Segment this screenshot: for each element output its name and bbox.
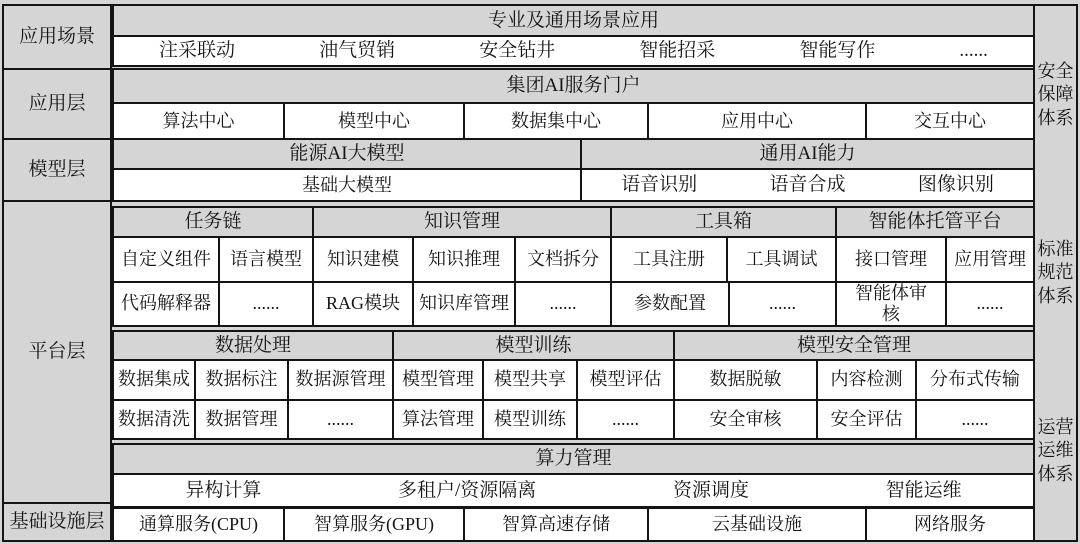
platform-cell: 应用管理 [945, 236, 1035, 283]
platform-cell: 代码解释器 [112, 281, 220, 328]
platform-cell: 数据脱敏 [673, 359, 818, 401]
group-data-processing: 数据处理 数据集成 数据标注 数据源管理 数据清洗 数据管理 ...... [112, 330, 394, 440]
model-layer-row: 能源AI大模型 基础大模型 通用AI能力 语音识别 语音合成 图像识别 [112, 138, 1035, 202]
general-ai-item: 语音识别 [621, 174, 697, 196]
layer-label-model: 模型层 [2, 138, 112, 202]
group-title: 模型训练 [392, 330, 675, 361]
infra-cell: 云基础设施 [647, 507, 867, 542]
compute-item: 智能运维 [886, 480, 962, 502]
platform-cell: 安全审核 [673, 399, 818, 441]
platform-cell: 语言模型 [218, 236, 314, 283]
infra-cell: 智算服务(GPU) [283, 507, 465, 542]
platform-cell: 内容检测 [816, 359, 917, 401]
scene-item: 注采联动 [159, 40, 235, 62]
group-title: 模型安全管理 [673, 330, 1035, 361]
platform-cell: 知识推理 [412, 236, 516, 283]
compute-items-row: 异构计算 多租户/资源隔离 资源调度 智能运维 [112, 473, 1035, 508]
group-task-chain: 任务链 自定义组件 语言模型 代码解释器 ...... [112, 206, 314, 327]
platform-cell: ...... [287, 399, 394, 441]
platform-section-a: 任务链 自定义组件 语言模型 代码解释器 ...... 知识管理 知识建模 知识… [112, 206, 1035, 327]
scene-item-ellipsis: ...... [959, 40, 988, 62]
infrastructure-row: 通算服务(CPU) 智算服务(GPU) 智算高速存储 云基础设施 网络服务 [112, 507, 1035, 542]
main-area: 专业及通用场景应用 注采联动 油气贸销 安全钻井 智能招采 智能写作 .....… [112, 4, 1035, 542]
platform-cell: 模型评估 [576, 359, 675, 401]
layer-label-infrastructure: 基础设施层 [2, 502, 112, 542]
group-title: 智能体托管平台 [835, 206, 1035, 238]
scene-item: 智能写作 [799, 40, 875, 62]
general-ai-group: 通用AI能力 语音识别 语音合成 图像识别 [580, 138, 1035, 202]
platform-cell: 知识建模 [312, 236, 414, 283]
platform-cell: 模型训练 [482, 399, 578, 441]
scene-banner: 专业及通用场景应用 [112, 4, 1035, 37]
general-ai-items: 语音识别 语音合成 图像识别 [580, 168, 1035, 202]
platform-cell: 模型共享 [482, 359, 578, 401]
app-center-cell: 算法中心 [112, 102, 285, 140]
base-model-cell: 基础大模型 [112, 168, 582, 202]
platform-cell: 工具注册 [610, 236, 728, 283]
platform-cell: ...... [728, 281, 837, 328]
platform-cell: ...... [915, 399, 1035, 441]
platform-cell: 模型管理 [392, 359, 484, 401]
platform-cell: 智能体审核 [835, 281, 947, 328]
scene-item: 安全钻井 [479, 40, 555, 62]
general-ai-item: 语音合成 [769, 174, 845, 196]
platform-cell: 数据标注 [194, 359, 289, 401]
app-center-cell: 交互中心 [865, 102, 1035, 140]
system-label-column: 安全保障体系 标准规范体系 运营运维体系 [1033, 4, 1078, 542]
platform-cell: 参数配置 [610, 281, 730, 328]
group-model-safety: 模型安全管理 数据脱敏 内容检测 分布式传输 安全审核 安全评估 ...... [673, 330, 1035, 440]
system-label-security: 安全保障体系 [1036, 60, 1076, 130]
app-center-cell: 数据集中心 [463, 102, 649, 140]
platform-cell: 自定义组件 [112, 236, 220, 283]
system-label-operations: 运营运维体系 [1036, 416, 1076, 486]
compute-item: 多租户/资源隔离 [398, 480, 536, 502]
scene-items-row: 注采联动 油气贸销 安全钻井 智能招采 智能写作 ...... [112, 35, 1035, 67]
group-title: 知识管理 [312, 206, 612, 238]
group-toolbox: 工具箱 工具注册 工具调试 参数配置 ...... [610, 206, 837, 327]
group-title: 工具箱 [610, 206, 837, 238]
group-agent-hosting: 智能体托管平台 接口管理 应用管理 智能体审核 ...... [835, 206, 1035, 327]
platform-cell: ...... [218, 281, 314, 328]
energy-model-group: 能源AI大模型 基础大模型 [112, 138, 582, 202]
platform-cell: 算法管理 [392, 399, 484, 441]
platform-cell: 数据管理 [194, 399, 289, 441]
app-center-cell: 应用中心 [647, 102, 867, 140]
platform-cell: 数据源管理 [287, 359, 394, 401]
layer-label-platform: 平台层 [2, 200, 112, 504]
group-title: 任务链 [112, 206, 314, 238]
compute-item: 异构计算 [185, 480, 261, 502]
group-title: 数据处理 [112, 330, 394, 361]
scene-item: 油气贸销 [319, 40, 395, 62]
platform-cell: 数据清洗 [112, 399, 196, 441]
system-label-standards: 标准规范体系 [1036, 238, 1076, 308]
layer-label-application: 应用层 [2, 68, 112, 140]
general-ai-item: 图像识别 [918, 174, 994, 196]
layer-label-scene: 应用场景 [2, 4, 112, 70]
platform-cell: ...... [514, 281, 612, 328]
app-portal-banner: 集团AI服务门户 [112, 68, 1035, 104]
compute-item: 资源调度 [673, 480, 749, 502]
platform-cell: 工具调试 [726, 236, 837, 283]
group-model-training: 模型训练 模型管理 模型共享 模型评估 算法管理 模型训练 ...... [392, 330, 675, 440]
compute-mgmt-banner: 算力管理 [112, 443, 1035, 475]
architecture-diagram: 应用场景 应用层 模型层 平台层 基础设施层 专业及通用场景应用 注采联动 油气… [0, 0, 1080, 544]
platform-cell: 数据集成 [112, 359, 196, 401]
app-centers-row: 算法中心 模型中心 数据集中心 应用中心 交互中心 [112, 102, 1035, 140]
group-knowledge-mgmt: 知识管理 知识建模 知识推理 文档拆分 RAG模块 知识库管理 ...... [312, 206, 612, 327]
layer-label-column: 应用场景 应用层 模型层 平台层 基础设施层 [2, 4, 112, 542]
platform-cell: 知识库管理 [412, 281, 516, 328]
infra-cell: 智算高速存储 [463, 507, 649, 542]
energy-model-banner: 能源AI大模型 [112, 138, 582, 170]
platform-cell: 分布式传输 [915, 359, 1035, 401]
platform-cell: 安全评估 [816, 399, 917, 441]
infra-cell: 网络服务 [865, 507, 1035, 542]
platform-cell: 接口管理 [835, 236, 947, 283]
platform-section-b: 数据处理 数据集成 数据标注 数据源管理 数据清洗 数据管理 ...... 模型… [112, 330, 1035, 440]
infra-cell: 通算服务(CPU) [112, 507, 285, 542]
platform-cell: ...... [945, 281, 1035, 328]
scene-item: 智能招采 [639, 40, 715, 62]
app-center-cell: 模型中心 [283, 102, 465, 140]
platform-cell: RAG模块 [312, 281, 414, 328]
platform-cell: ...... [576, 399, 675, 441]
general-ai-banner: 通用AI能力 [580, 138, 1035, 170]
platform-cell: 文档拆分 [514, 236, 612, 283]
